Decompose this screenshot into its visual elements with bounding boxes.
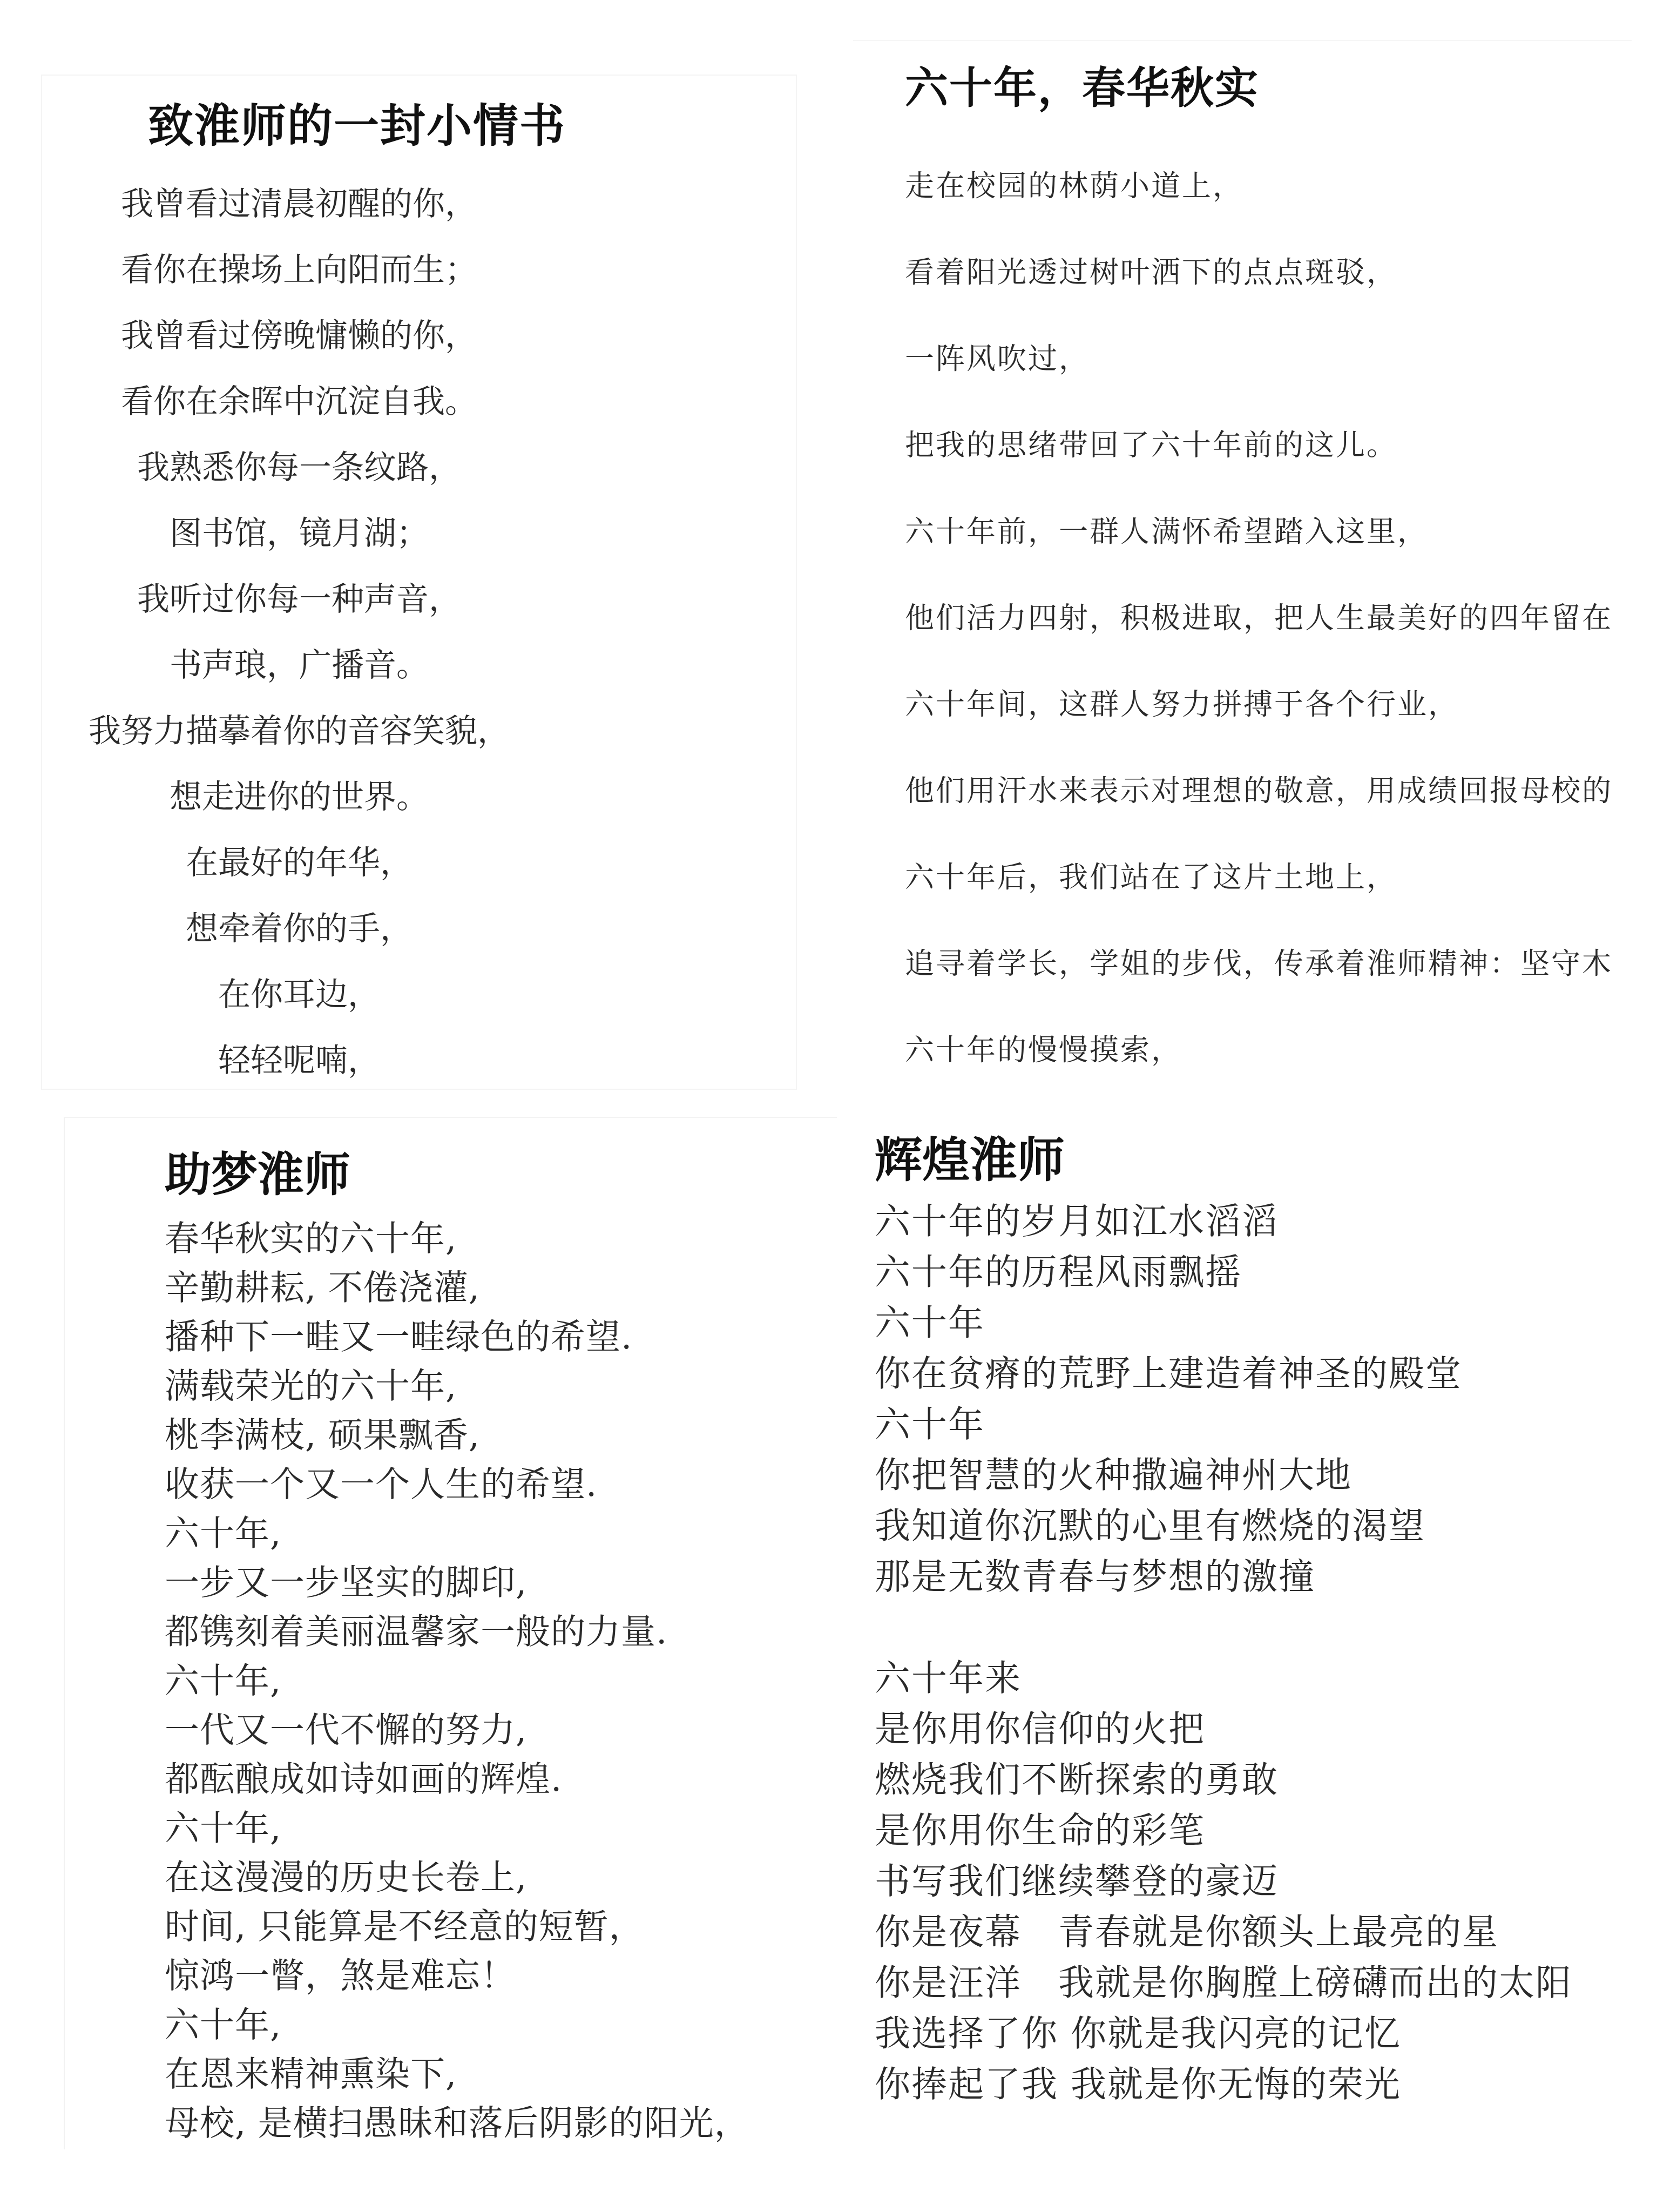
poem-line: 走在校园的林荫小道上， <box>905 163 1243 205</box>
poem-line: 时间, 只能算是不经意的短暂， <box>165 1899 644 1948</box>
poem-line: 书写我们继续攀登的豪迈 <box>875 1852 1279 1904</box>
poem-line: 那是无数青春与梦想的激撞 <box>875 1548 1315 1599</box>
poem-title: 六十年，春华秋实 <box>905 53 1259 115</box>
poem-title: 辉煌淮师 <box>875 1122 1065 1190</box>
poem-line: 你把智慧的火种撒遍神州大地 <box>875 1446 1352 1498</box>
poem-line: 把我的思绪带回了六十年前的这儿。 <box>905 422 1397 464</box>
poem-line: 我努力描摹着你的音容笑貌， <box>41 705 569 752</box>
poem-panel-love-letter: 致淮师的一封小情书 我曾看过清晨初醒的你， 看你在操场上向阳而生； 我曾看过傍晚… <box>41 75 797 1090</box>
poem-line: 六十年的历程风雨飘摇 <box>875 1243 1242 1294</box>
poem-line: 惊鸿一瞥，煞是难忘！ <box>165 1948 516 1998</box>
poem-line: 我曾看过傍晚慵懒的你， <box>41 310 569 356</box>
poem-line: 六十年的岁月如江水滔滔 <box>875 1192 1279 1244</box>
poem-line: 一代又一代不懈的努力, <box>165 1702 527 1752</box>
poem-line: 六十年的慢慢摸索， <box>905 1027 1182 1066</box>
poem-line: 轻轻呢喃， <box>41 1035 569 1081</box>
poem-line: 我知道你沉默的心里有燃烧的渴望 <box>875 1497 1425 1548</box>
poem-line: 你是汪洋 我就是你胸膛上磅礴而出的太阳 <box>875 1954 1572 2005</box>
poem-line: 六十年 <box>875 1294 985 1345</box>
poem-line: 是你用你信仰的火把 <box>875 1700 1205 1751</box>
poem-line: 辛勤耕耘, 不倦浇灌, <box>165 1260 480 1310</box>
poem-line: 图书馆，镜月湖； <box>41 508 569 554</box>
poem-line: 一步又一步坚实的脚印, <box>165 1555 527 1604</box>
poem-line: 六十年后，我们站在了这片土地上， <box>905 854 1397 896</box>
poem-panel-glorious: 辉煌淮师 六十年的岁月如江水滔滔 六十年的历程风雨飘摇 六十年 你在贫瘠的荒野上… <box>853 1107 1677 2160</box>
poem-line: 六十年前，一群人满怀希望踏入这里， <box>905 509 1428 550</box>
poem-line: 你是夜幕 青春就是你额头上最亮的星 <box>875 1903 1499 1954</box>
poem-line: 都酝酿成如诗如画的辉煌. <box>165 1751 562 1801</box>
poem-line: 看你在余晖中沉淀自我。 <box>41 376 569 422</box>
poem-line: 你捧起了我 我就是你无悔的荣光 <box>875 2055 1401 2107</box>
poem-line: 都镌刻着美丽温馨家一般的力量. <box>165 1604 667 1654</box>
poem-line: 在恩来精神熏染下, <box>165 2046 457 2096</box>
poem-line: 想走进你的世界。 <box>41 771 569 818</box>
poem-line: 一阵风吹过， <box>905 336 1090 377</box>
poem-line: 他们用汗水来表示对理想的敬意，用成绩回报母校的 <box>905 768 1613 810</box>
poem-line: 六十年间，这群人努力拼搏于各个行业， <box>905 682 1459 723</box>
poem-line: 春华秋实的六十年, <box>165 1211 457 1260</box>
poem-line: 我听过你每一种声音， <box>41 574 569 620</box>
poem-line: 是你用你生命的彩笔 <box>875 1802 1205 1853</box>
poem-line: 追寻着学长，学姐的步伐，传承着淮师精神：坚守木 <box>905 941 1613 982</box>
poem-line: 看你在操场上向阳而生； <box>41 244 569 291</box>
poem-line: 六十年 <box>875 1395 985 1447</box>
poem-line: 六十年, <box>165 1800 281 1850</box>
poem-line: 想牵着你的手， <box>41 903 569 949</box>
poem-line: 他们活力四射，积极进取，把人生最美好的四年留在 <box>905 595 1613 637</box>
poem-title: 致淮师的一封小情书 <box>148 90 566 155</box>
poem-panel-sixty-years: 六十年，春华秋实 走在校园的林荫小道上， 看着阳光透过树叶洒下的点点斑驳， 一阵… <box>853 40 1632 1066</box>
poem-line: 桃李满枝, 硕果飘香, <box>165 1407 480 1457</box>
poem-line: 播种下一畦又一畦绿色的希望. <box>165 1309 632 1359</box>
poem-line: 看着阳光透过树叶洒下的点点斑驳， <box>905 249 1397 291</box>
poem-line: 满载荣光的六十年, <box>165 1358 457 1408</box>
poem-line: 六十年, <box>165 1997 281 2047</box>
poem-line: 我熟悉你每一条纹路， <box>41 442 569 488</box>
poem-line: 在最好的年华， <box>41 837 569 884</box>
poem-line: 在这漫漫的历史长卷上, <box>165 1850 527 1899</box>
poem-line: 六十年, <box>165 1506 281 1555</box>
poem-title: 助梦淮师 <box>165 1137 350 1204</box>
poem-line: 在你耳边， <box>41 969 569 1015</box>
poem-line: 我曾看过清晨初醒的你， <box>41 178 569 225</box>
poem-line: 收获一个又一个人生的希望. <box>165 1456 597 1506</box>
poem-line: 你在贫瘠的荒野上建造着神圣的殿堂 <box>875 1345 1462 1396</box>
poem-line: 六十年, <box>165 1653 281 1703</box>
poem-line: 我选择了你 你就是我闪亮的记忆 <box>875 2005 1401 2056</box>
poem-line: 书声琅，广播音。 <box>41 639 569 686</box>
poem-panel-dream-helper: 助梦淮师 春华秋实的六十年, 辛勤耕耘, 不倦浇灌, 播种下一畦又一畦绿色的希望… <box>64 1117 837 2149</box>
poem-line: 燃烧我们不断探索的勇敢 <box>875 1751 1279 1802</box>
poem-line: 六十年来 <box>875 1649 1022 1701</box>
poem-line: 母校, 是横扫愚昧和落后阴影的阳光， <box>165 2095 749 2145</box>
